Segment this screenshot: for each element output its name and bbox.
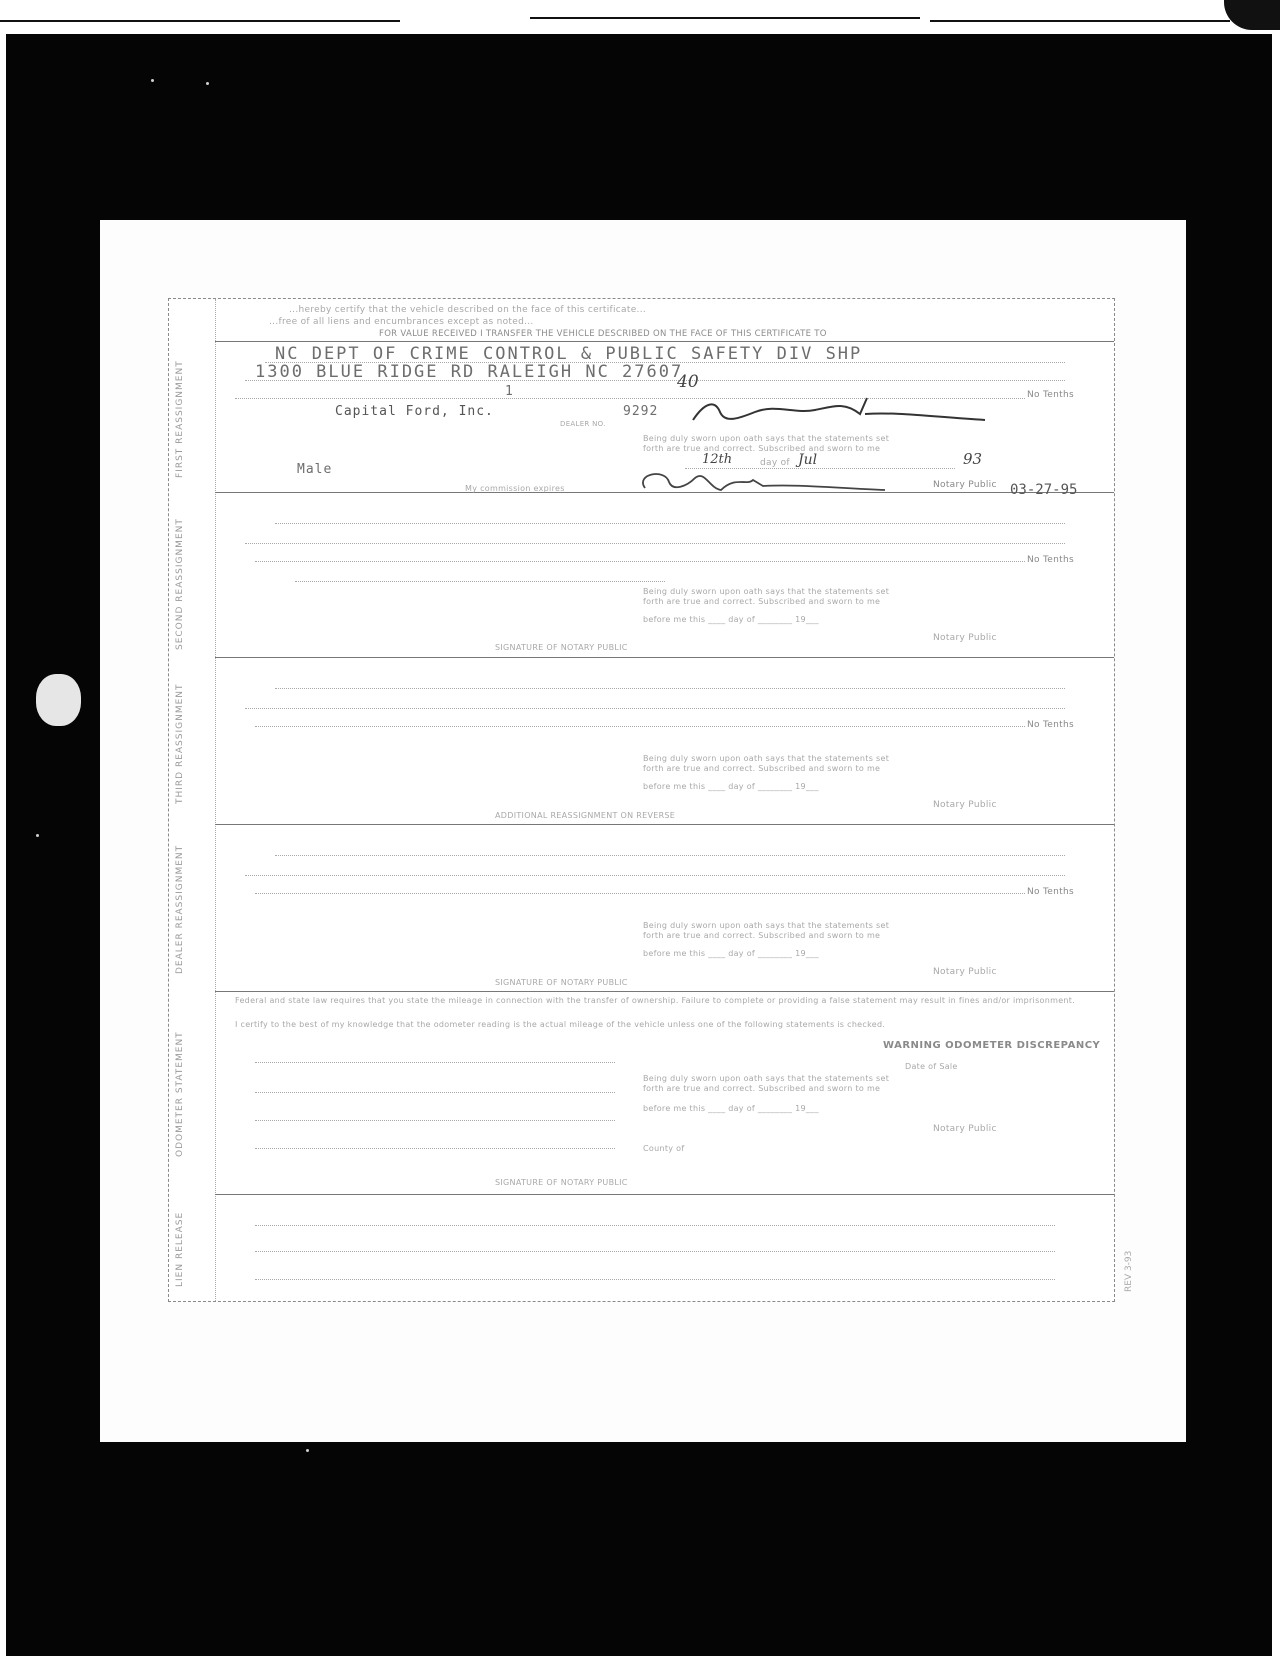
notary-public-label: Notary Public <box>933 967 997 977</box>
section-footer: SIGNATURE OF NOTARY PUBLIC <box>495 978 628 987</box>
transfer-heading: FOR VALUE RECEIVED I TRANSFER THE VEHICL… <box>379 329 827 339</box>
address-line <box>245 708 1065 709</box>
scan-noise <box>36 834 39 837</box>
notary-text-1: Being duly sworn upon oath says that the… <box>643 434 889 443</box>
purchaser-line <box>275 855 1065 856</box>
odometer-discrepancy-warning: WARNING ODOMETER DISCREPANCY <box>883 1040 1100 1051</box>
section-second-reassignment: No Tenths Being duly sworn upon oath say… <box>215 493 1114 658</box>
seller-signature <box>685 390 1005 430</box>
county-label: County of <box>643 1144 684 1153</box>
before-me-line: before me this ____ day of ________ 19__… <box>643 1104 819 1113</box>
side-label-2: SECOND REASSIGNMENT <box>175 509 207 659</box>
notary-text-2: forth are true and correct. Subscribed a… <box>643 1084 880 1093</box>
section-odometer-statement: Federal and state law requires that you … <box>215 992 1114 1195</box>
odometer-line <box>255 726 1025 727</box>
section-third-reassignment: No Tenths Being duly sworn upon oath say… <box>215 658 1114 825</box>
section-dealer-reassignment: No Tenths Being duly sworn upon oath say… <box>215 825 1114 992</box>
section-footer: ADDITIONAL REASSIGNMENT ON REVERSE <box>495 811 675 820</box>
section-first-reassignment: NC DEPT OF CRIME CONTROL & PUBLIC SAFETY… <box>215 342 1114 493</box>
notary-public-label: Notary Public <box>933 480 997 490</box>
side-label-1: FIRST REASSIGNMENT <box>175 349 207 489</box>
purchaser-address: 1300 BLUE RIDGE RD RALEIGH NC 27607 <box>255 362 683 382</box>
scan-noise <box>206 82 209 85</box>
side-label-4: DEALER REASSIGNMENT <box>175 834 207 984</box>
purchaser-name: NC DEPT OF CRIME CONTROL & PUBLIC SAFETY… <box>275 344 862 364</box>
no-tenths-label: No Tenths <box>1027 555 1074 565</box>
address-line <box>245 543 1065 544</box>
dealer-name: Capital Ford, Inc. <box>335 404 494 419</box>
section-footer: SIGNATURE OF NOTARY PUBLIC <box>495 643 628 652</box>
state-field: Male <box>297 462 332 477</box>
notary-signature <box>635 466 895 496</box>
purchaser-line <box>275 523 1065 524</box>
buyer-field-line <box>255 1120 615 1121</box>
scan-noise <box>306 1449 309 1452</box>
dealer-number-label: DEALER NO. <box>560 420 606 428</box>
no-tenths-label: No Tenths <box>1027 720 1074 730</box>
notary-text-2: forth are true and correct. Subscribed a… <box>643 764 880 773</box>
notary-text-1: Being duly sworn upon oath says that the… <box>643 1074 889 1083</box>
section-footer: SIGNATURE OF NOTARY PUBLIC <box>495 1178 628 1187</box>
dealer-number: 9292 <box>623 404 658 419</box>
scan-noise <box>151 79 154 82</box>
notary-public-label: Notary Public <box>933 1124 997 1134</box>
purchaser-address-line <box>245 380 1065 381</box>
scan-edge-line <box>930 20 1230 22</box>
title-reassignment-form: ...hereby certify that the vehicle descr… <box>168 298 1115 1302</box>
notary-day: 12th <box>702 452 732 467</box>
address-line <box>245 875 1065 876</box>
notary-text-1: Being duly sworn upon oath says that the… <box>643 754 889 763</box>
side-label-5: ODOMETER STATEMENT <box>175 1004 207 1184</box>
notary-public-label: Notary Public <box>933 800 997 810</box>
header-line-2: ...free of all liens and encumbrances ex… <box>269 317 534 327</box>
odometer-line <box>255 893 1025 894</box>
lien-value: 1 <box>505 384 514 399</box>
side-label-column: FIRST REASSIGNMENT SECOND REASSIGNMENT T… <box>169 299 216 1301</box>
notary-text-1: Being duly sworn upon oath says that the… <box>643 921 889 930</box>
notary-text-1: Being duly sworn upon oath says that the… <box>643 587 889 596</box>
no-tenths-label: No Tenths <box>1027 390 1074 400</box>
dealer-line <box>295 581 665 582</box>
before-me-line: before me this ____ day of ________ 19__… <box>643 615 819 624</box>
no-tenths-label: No Tenths <box>1027 887 1074 897</box>
odometer-line <box>255 561 1025 562</box>
scan-corner <box>1224 0 1280 30</box>
odometer-reading: 40 <box>677 372 699 392</box>
address-field-line <box>255 1148 615 1149</box>
scan-artifact <box>36 674 81 726</box>
scan-edge-line <box>530 17 920 19</box>
section-lien-release <box>215 1195 1114 1299</box>
scan-top-strip <box>0 0 1280 36</box>
scan-edge-line <box>0 20 400 22</box>
form-revision-label: REV 3-93 <box>1124 1232 1134 1292</box>
purchaser-line <box>275 688 1065 689</box>
header-line-1: ...hereby certify that the vehicle descr… <box>289 305 646 315</box>
side-label-3: THIRD REASSIGNMENT <box>175 669 207 819</box>
seller-field-line <box>255 1092 615 1093</box>
notary-text-2: forth are true and correct. Subscribed a… <box>643 444 880 453</box>
lien-line-3 <box>255 1279 1055 1280</box>
before-me-line: before me this ____ day of ________ 19__… <box>643 949 819 958</box>
lien-line-2 <box>255 1251 1055 1252</box>
commission-label: My commission expires <box>465 484 565 493</box>
lien-line-1 <box>255 1225 1055 1226</box>
odometer-field-line <box>255 1062 615 1063</box>
before-me-line: before me this ____ day of ________ 19__… <box>643 782 819 791</box>
notary-year: 93 <box>963 450 982 468</box>
side-label-6: LIEN RELEASE <box>175 1204 207 1294</box>
notary-text-2: forth are true and correct. Subscribed a… <box>643 931 880 940</box>
notary-text-2: forth are true and correct. Subscribed a… <box>643 597 880 606</box>
notary-public-label: Notary Public <box>933 633 997 643</box>
odometer-warning-line: Federal and state law requires that you … <box>235 996 1075 1005</box>
odometer-certify-text: I certify to the best of my knowledge th… <box>235 1020 885 1029</box>
date-of-sale-label: Date of Sale <box>905 1062 958 1071</box>
